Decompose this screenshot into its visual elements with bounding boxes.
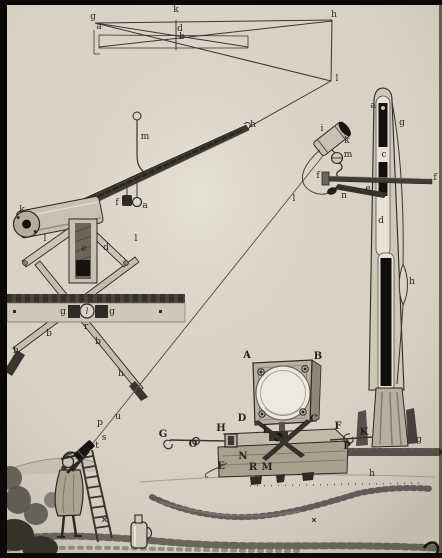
label-t: t (95, 441, 99, 451)
label-C: C (310, 414, 318, 425)
label-h: h (331, 10, 337, 20)
label-a: a (370, 101, 376, 111)
label-k: k (19, 205, 25, 215)
label-l: l (86, 307, 89, 316)
label-m: m (141, 132, 150, 142)
label-h: h (13, 346, 19, 356)
label-l: l (336, 74, 339, 84)
label-p: p (97, 418, 103, 428)
observer-hair (61, 465, 67, 471)
bolt-right-elbow (124, 261, 129, 266)
label-G: G (159, 429, 168, 440)
rail-dark-band (7, 294, 185, 303)
label-F: F (334, 421, 341, 432)
label-i: i (321, 124, 324, 134)
label-H: H (216, 423, 225, 434)
label-r: r (84, 322, 89, 332)
label-N: N (238, 451, 247, 462)
label-d: d (378, 216, 384, 226)
label-g: g (399, 118, 405, 128)
label-e: e (365, 184, 370, 194)
engraving-plate: gkhadblmhkfalledgglrbbhhlikmffenagcdhghA… (0, 0, 442, 558)
label-k: k (344, 136, 350, 146)
label-l: l (135, 234, 138, 244)
label-K: K (360, 427, 369, 438)
label-E: E (217, 461, 225, 472)
rail (7, 294, 185, 322)
label-h: h (118, 369, 124, 379)
label-O: O (189, 439, 198, 450)
label-g: g (60, 307, 66, 317)
label-b: b (46, 329, 52, 339)
slot-black-lower (381, 258, 392, 386)
clamp-H-slot (228, 436, 234, 445)
block-foot-left (250, 476, 262, 485)
jug-body (131, 522, 147, 548)
label-a: a (142, 201, 148, 211)
crossbar-end-bracket (322, 172, 329, 185)
rail-mark-left (13, 310, 16, 313)
label-A: A (242, 350, 251, 361)
pulley-f (122, 195, 132, 206)
label-l: l (293, 194, 296, 204)
frame-top (0, 0, 442, 5)
label-R: R (249, 462, 258, 473)
label-h: h (250, 120, 256, 130)
label-u: u (115, 412, 121, 422)
observer-coat (55, 470, 83, 516)
label-h: h (369, 469, 375, 479)
label-a: a (96, 22, 102, 32)
label-g: g (90, 12, 96, 22)
block-foot-right (302, 472, 314, 481)
label-M: M (261, 462, 272, 473)
engraving-canvas: gkhadblmhkfalledgglrbbhhlikmffenagcdhghA… (0, 0, 442, 558)
label-k: k (173, 5, 179, 15)
block-foot-mid (276, 474, 285, 483)
label-c: c (381, 150, 386, 160)
label-P: P (343, 441, 351, 452)
label-l: l (44, 234, 47, 244)
rod-m-ball (133, 112, 141, 120)
slot-pulley (381, 106, 385, 110)
label-g: g (416, 435, 422, 445)
label-s: s (102, 433, 107, 443)
bolt-left-elbow (23, 261, 28, 266)
rail-block-right (95, 305, 108, 318)
label-d: d (103, 243, 109, 253)
label-L: L (262, 425, 269, 436)
label-m: m (344, 150, 353, 160)
label-g: g (109, 307, 115, 317)
label-n: n (341, 191, 347, 201)
post-clamp-block (76, 260, 90, 276)
label-b: b (179, 32, 185, 42)
frame-left (0, 0, 7, 558)
rod-left (170, 440, 226, 441)
jug-neck (135, 515, 142, 523)
rail-block-left (68, 305, 80, 318)
label-B: B (314, 351, 322, 362)
label-e: e (81, 244, 86, 254)
label-D: D (238, 413, 247, 424)
frame-bottom (0, 553, 442, 558)
label-h: h (409, 277, 415, 287)
rail-mark-right (159, 310, 162, 313)
label-b: b (95, 337, 101, 347)
